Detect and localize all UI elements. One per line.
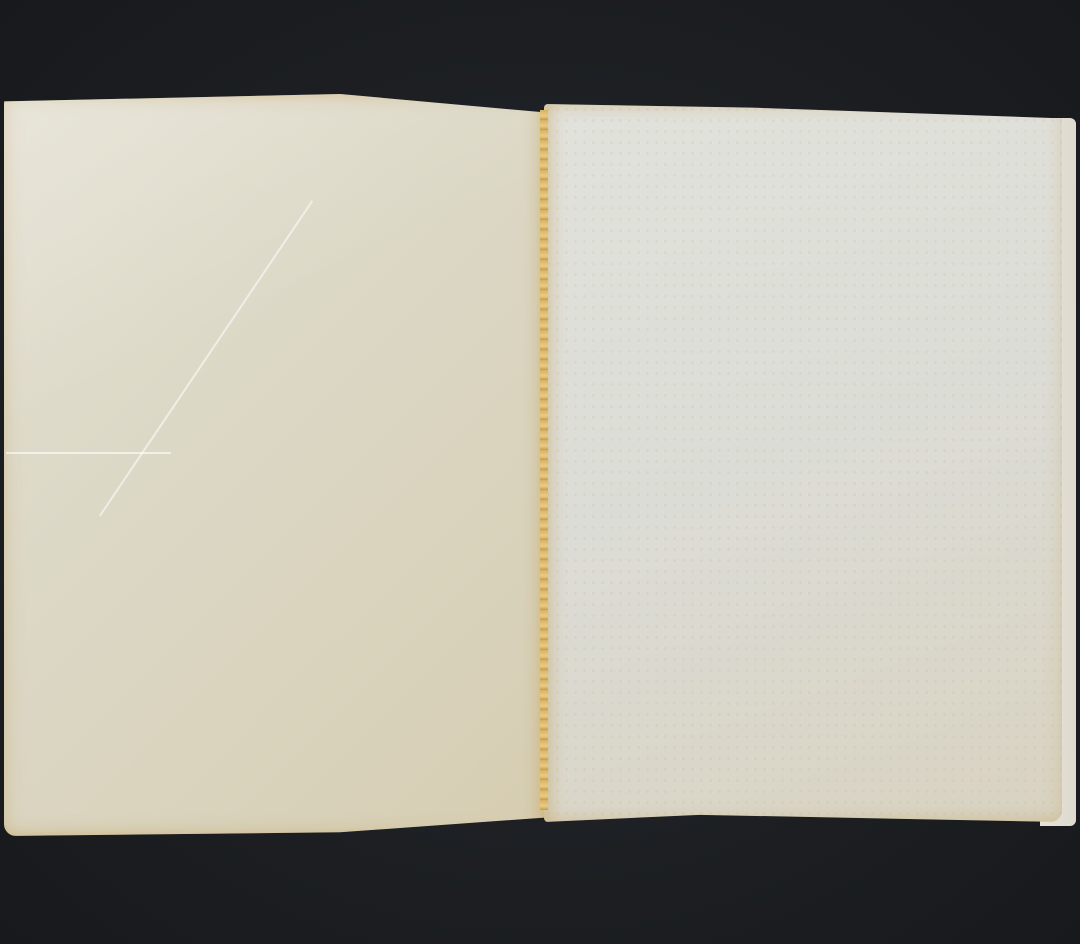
right-page [544,104,1062,822]
left-page-lighting [4,94,546,836]
foxing-speckles [544,104,1062,822]
dark-background [0,0,1080,944]
horizontal-crease [6,452,171,454]
book-spine-binding [540,110,548,810]
left-page [4,94,546,836]
